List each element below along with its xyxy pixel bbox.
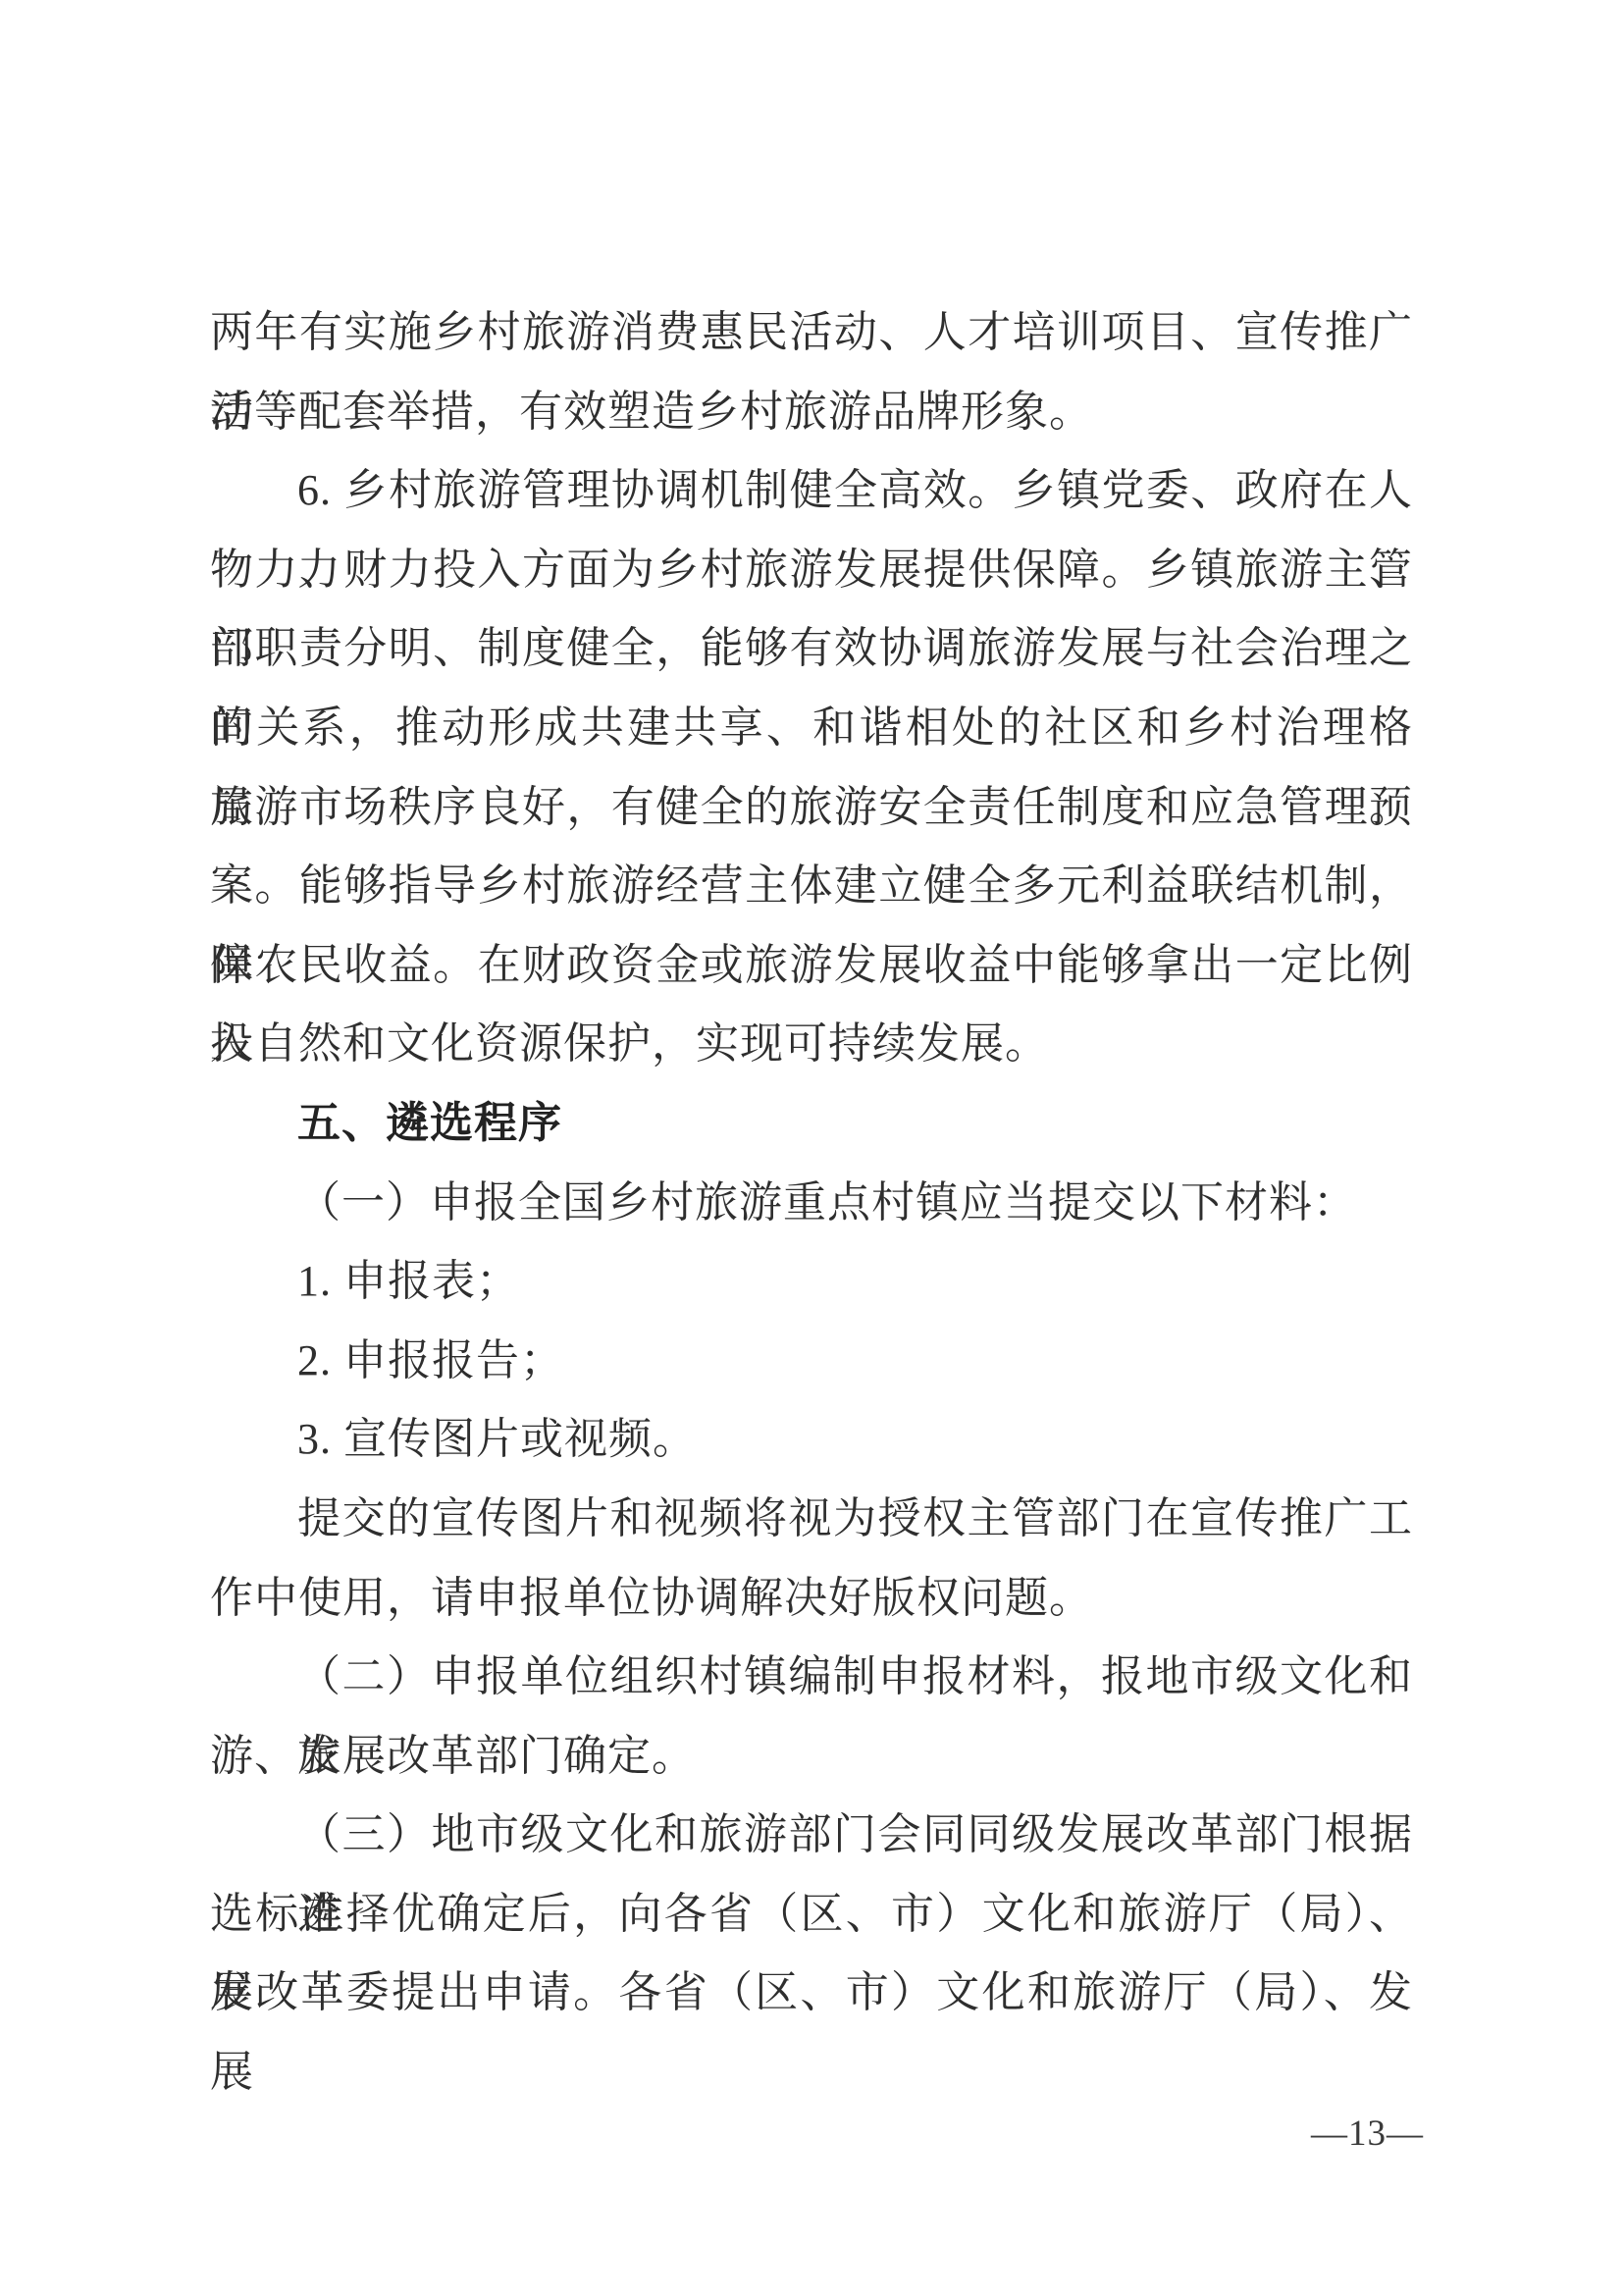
list-item: 1. 申报表； bbox=[210, 1242, 1413, 1322]
document-line: （三）地市级文化和旅游部门会同同级发展改革部门根据遴 bbox=[210, 1796, 1413, 1875]
document-line: 游、发展改革部门确定。 bbox=[210, 1717, 1413, 1797]
document-line: （一）申报全国乡村旅游重点村镇应当提交以下材料： bbox=[210, 1164, 1413, 1243]
document-line: 选标准择优确定后，向各省（区、市）文化和旅游厅（局）、发 bbox=[210, 1875, 1413, 1955]
document-line: 动等配套举措，有效塑造乡村旅游品牌形象。 bbox=[210, 373, 1413, 452]
document-line: 提交的宣传图片和视频将视为授权主管部门在宣传推广工 bbox=[210, 1480, 1413, 1559]
list-item: 2. 申报报告； bbox=[210, 1322, 1413, 1401]
document-line: 作中使用，请申报单位协调解决好版权问题。 bbox=[210, 1559, 1413, 1639]
document-line: 案。能够指导乡村旅游经营主体建立健全多元利益联结机制，保 bbox=[210, 847, 1413, 926]
document-line: 障农民收益。在财政资金或旅游发展收益中能够拿出一定比例投 bbox=[210, 926, 1413, 1006]
document-line: 的关系，推动形成共建共享、和谐相处的社区和乡村治理格局。 bbox=[210, 689, 1413, 768]
document-line: 6. 乡村旅游管理协调机制健全高效。乡镇党委、政府在人力、 bbox=[210, 451, 1413, 531]
page-number: —13— bbox=[1311, 2112, 1424, 2157]
document-line: 物力、财力投入方面为乡村旅游发展提供保障。乡镇旅游主管部 bbox=[210, 531, 1413, 610]
document-line: （二）申报单位组织村镇编制申报材料，报地市级文化和旅 bbox=[210, 1638, 1413, 1717]
document-page: 两年有实施乡村旅游消费惠民活动、人才培训项目、宣传推广活 动等配套举措，有效塑造… bbox=[0, 0, 1623, 2296]
document-body: 两年有实施乡村旅游消费惠民活动、人才培训项目、宣传推广活 动等配套举措，有效塑造… bbox=[210, 293, 1413, 2033]
document-line: 两年有实施乡村旅游消费惠民活动、人才培训项目、宣传推广活 bbox=[210, 293, 1413, 373]
list-item: 3. 宣传图片或视频。 bbox=[210, 1400, 1413, 1480]
document-line: 入自然和文化资源保护，实现可持续发展。 bbox=[210, 1005, 1413, 1084]
section-heading: 五、遴选程序 bbox=[210, 1084, 1413, 1164]
document-line: 展改革委提出申请。各省（区、市）文化和旅游厅（局）、发展 bbox=[210, 1954, 1413, 2033]
document-line: 门职责分明、制度健全，能够有效协调旅游发展与社会治理之间 bbox=[210, 609, 1413, 689]
document-line: 旅游市场秩序良好，有健全的旅游安全责任制度和应急管理预 bbox=[210, 768, 1413, 848]
